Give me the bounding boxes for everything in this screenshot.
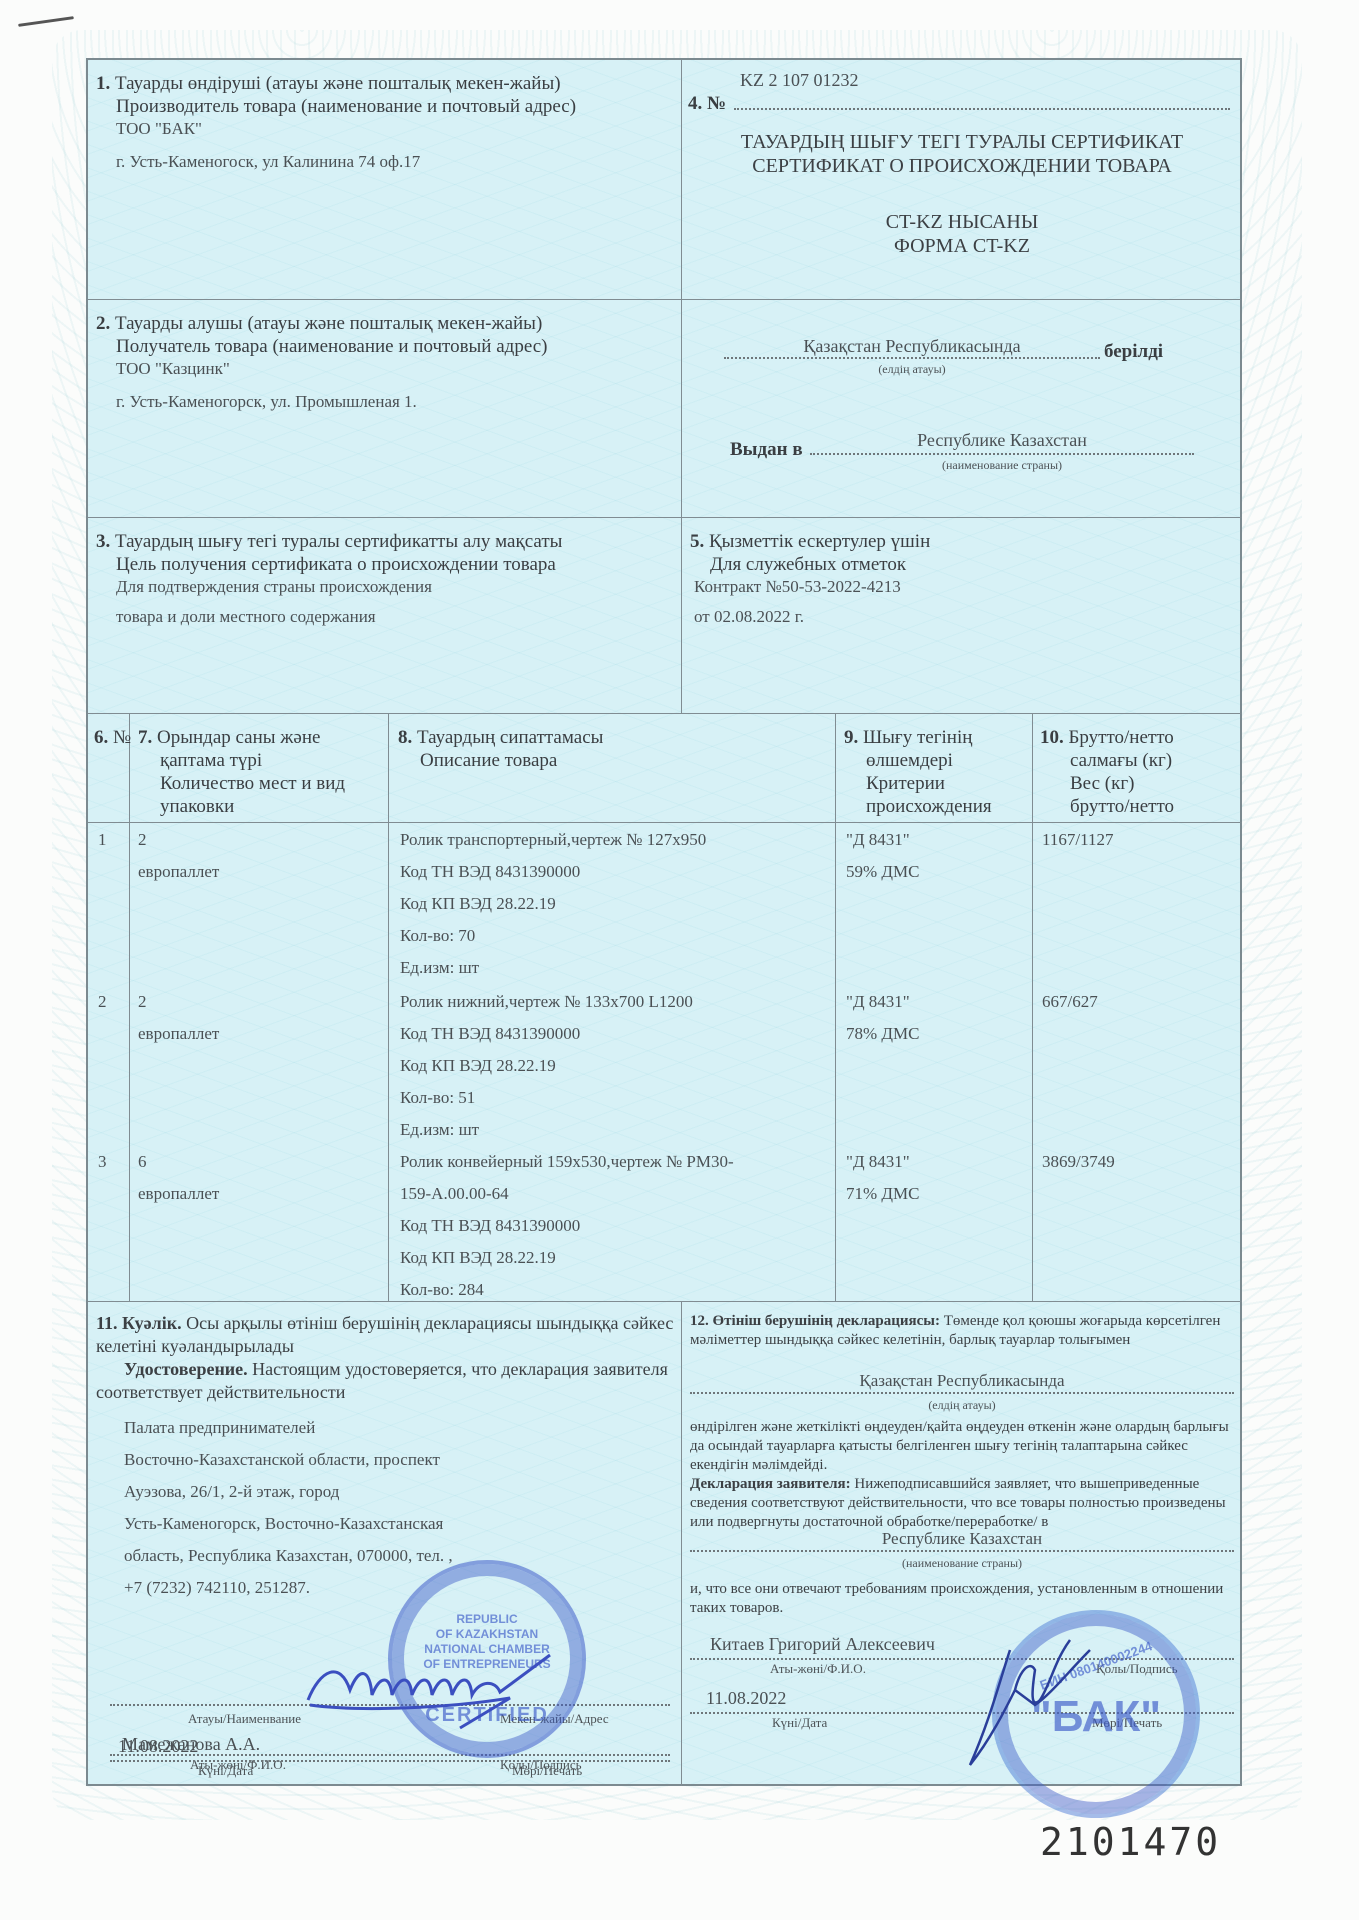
col-label: салмағы (кг) [1040, 750, 1172, 771]
col-number: 10. [1040, 727, 1064, 748]
applicant-date: 11.08.2022 [706, 1688, 786, 1709]
criteria-line: "Д 8431" [846, 1146, 1026, 1178]
caption-ru: (наименование страны) [682, 1556, 1242, 1570]
label-ru: Получатель товара (наименование и почтов… [96, 336, 548, 357]
col-label: өлшемдері [844, 750, 953, 771]
packaging-type: европаллет [138, 1178, 378, 1210]
title-kz: Өтініш берушінің декларациясы: [713, 1313, 940, 1329]
dotted-line [810, 453, 1194, 455]
issued-country-ru: Республике Казахстан [810, 430, 1194, 451]
col-label: Шығу тегінің [863, 727, 972, 748]
chamber-date: 11.08.2022 [118, 1736, 198, 1757]
col-label: происхождения [844, 796, 992, 817]
title-ru: Удостоверение. [96, 1359, 248, 1379]
caption-kz: (елдің атауы) [682, 1398, 1242, 1412]
applicant-signer-name: Китаев Григорий Алексеевич [710, 1634, 935, 1655]
box-4-certificate: KZ 2 107 01232 4. № ТАУАРДЫҢ ШЫҒУ ТЕГІ Т… [682, 60, 1242, 300]
contract-number: Контракт №50-53-2022-4213 [694, 576, 901, 597]
label-ru: Производитель товара (наименование и поч… [96, 96, 576, 117]
declaration-body: өндірілген және жеткілікті өңдеуден/қайт… [690, 1418, 1234, 1532]
box-2-consignee: 2. Тауарды алушы (атауы және пошталық ме… [88, 300, 682, 518]
row-criteria: "Д 8431"71% ДМС [846, 1146, 1026, 1210]
header-col-7: 7. Орындар саны және қаптама түрі Количе… [138, 726, 386, 818]
producer-address: г. Усть-Каменогоск, ул Калинина 74 оф.17 [116, 151, 420, 172]
row-criteria: "Д 8431"78% ДМС [846, 986, 1026, 1050]
row-weight: 3869/3749 [1042, 1146, 1232, 1178]
packaging-type: европаллет [138, 856, 378, 888]
caption-date: Күні/Дата [772, 1716, 827, 1730]
certificate-number: KZ 2 107 01232 [740, 70, 859, 91]
criteria-line: "Д 8431" [846, 986, 1026, 1018]
box-number: 11. [96, 1313, 118, 1333]
box-number: 5. [690, 531, 704, 552]
header-col-8: 8. Тауардың сипаттамасы Описание товара [398, 726, 603, 772]
consignee-company: ТОО "Казцинк" [116, 358, 230, 379]
number-dotted-line [734, 108, 1230, 110]
header-col-6: 6. № [94, 726, 131, 749]
certificate-title: ТАУАРДЫҢ ШЫҒУ ТЕГІ ТУРАЛЫ СЕРТИФИКАТ СЕР… [682, 130, 1242, 178]
issued-country-kz: Қазақстан Республикасында [724, 336, 1100, 357]
caption-date: Күні/Дата [198, 1764, 253, 1778]
pen-mark [18, 16, 74, 27]
form-ru: ФОРМА CT-KZ [682, 234, 1242, 258]
form-name: CT-KZ НЫСАНЫ ФОРМА CT-KZ [682, 210, 1242, 258]
row-description: Ролик нижний,чертеж № 133х700 L1200Код Т… [400, 986, 830, 1146]
description-line: Ролик нижний,чертеж № 133х700 L1200 [400, 986, 830, 1018]
caption-name: Атауы/Наименвание [188, 1712, 301, 1726]
description-line: Код КП ВЭД 28.22.19 [400, 888, 830, 920]
description-line: Код ТН ВЭД 8431390000 [400, 1210, 830, 1242]
box-5-official-notes: 5. Қызметтік ескертулер үшін Для служебн… [682, 518, 1242, 714]
row-places: 6европаллет [138, 1146, 378, 1210]
description-line: Код ТН ВЭД 8431390000 [400, 1018, 830, 1050]
description-line: Ед.изм: шт [400, 1114, 830, 1146]
row-weight: 1167/1127 [1042, 824, 1232, 856]
col-number: 7. [138, 727, 152, 748]
col-divider [129, 714, 130, 1302]
box-2-label: 2. Тауарды алушы (атауы және пошталық ме… [96, 312, 676, 358]
description-line: Ролик транспортерный,чертеж № 127х950 [400, 824, 830, 856]
stamp-line: REPUBLIC [392, 1612, 582, 1627]
form-kz: CT-KZ НЫСАНЫ [682, 210, 1242, 234]
row-places: 2европаллет [138, 824, 378, 888]
description-line: Код КП ВЭД 28.22.19 [400, 1050, 830, 1082]
applicant-signature [960, 1630, 1100, 1770]
dotted-line [724, 357, 1100, 359]
declaration-country-kz: Қазақстан Республикасында [682, 1370, 1242, 1391]
row-weight: 667/627 [1042, 986, 1232, 1018]
address-line: Восточно-Казахстанской области, проспект [124, 1444, 453, 1476]
places-count: 6 [138, 1146, 378, 1178]
row-description: Ролик транспортерный,чертеж № 127х950Код… [400, 824, 830, 984]
col-label: Критерии [844, 773, 945, 794]
row-number: 2 [98, 986, 128, 1018]
packaging-type: европаллет [138, 1018, 378, 1050]
description-line: Код ТН ВЭД 8431390000 [400, 856, 830, 888]
header-divider [88, 822, 1242, 823]
col-label: Количество мест и вид [138, 773, 345, 794]
declaration-country-ru: Республике Казахстан [682, 1528, 1242, 1549]
purpose-line-1: Для подтверждения страны происхождения [116, 576, 432, 597]
purpose-line-2: товара и доли местного содержания [116, 606, 376, 627]
issued-prefix-ru: Выдан в [730, 438, 803, 461]
box-number: 1. [96, 73, 110, 94]
row-criteria: "Д 8431"59% ДМС [846, 824, 1026, 888]
box-1-producer: 1. Тауарды өндіруші (атауы және пошталық… [88, 60, 682, 300]
box-5-label: 5. Қызметтік ескертулер үшін Для служебн… [690, 530, 930, 576]
label-kz: Тауарды алушы (атауы және пошталық мекен… [115, 313, 542, 334]
col-label: Орындар саны және [157, 727, 320, 748]
title-ru: Декларация заявителя: [690, 1476, 851, 1492]
address-line: Палата предпринимателей [124, 1412, 453, 1444]
row-number: 3 [98, 1146, 128, 1178]
col-label: упаковки [138, 796, 234, 817]
places-count: 2 [138, 986, 378, 1018]
goods-table: 6. № 7. Орындар саны және қаптама түрі К… [88, 714, 1242, 1302]
description-line: Кол-во: 51 [400, 1082, 830, 1114]
caption-ru: (наименование страны) [810, 458, 1194, 472]
description-line: Ролик конвейерный 159х530,чертеж № РМ30- [400, 1146, 830, 1178]
places-count: 2 [138, 824, 378, 856]
col-divider [1032, 714, 1033, 1302]
col-divider [388, 714, 389, 1302]
col-number: 9. [844, 727, 858, 748]
col-label: № [113, 727, 131, 748]
col-number: 6. [94, 727, 108, 748]
header-col-10: 10. Брутто/нетто салмағы (кг) Вес (кг) б… [1040, 726, 1174, 818]
issued-suffix-kz: берілді [1104, 340, 1163, 363]
criteria-line: 78% ДМС [846, 1018, 1026, 1050]
caption-kz: (елдің атауы) [724, 362, 1100, 376]
contract-date: от 02.08.2022 г. [694, 606, 804, 627]
box-3-purpose: 3. Тауардың шығу тегі туралы сертификатт… [88, 518, 682, 714]
box-11-text: 11. Куәлік. Осы арқылы өтініш берушінің … [96, 1312, 676, 1404]
address-line: Ауэзова, 26/1, 2-й этаж, город [124, 1476, 453, 1508]
title-ru: СЕРТИФИКАТ О ПРОИСХОЖДЕНИИ ТОВАРА [682, 154, 1242, 178]
description-line: Кол-во: 70 [400, 920, 830, 952]
box-1-label: 1. Тауарды өндіруші (атауы және пошталық… [96, 72, 676, 118]
header-col-9: 9. Шығу тегінің өлшемдері Критерии проис… [844, 726, 992, 818]
text-ru-2: и, что все они отвечают требованиям прои… [690, 1580, 1234, 1618]
declaration-kz: 12. Өтініш берушінің декларациясы: Төмен… [690, 1312, 1234, 1350]
row-description: Ролик конвейерный 159х530,чертеж № РМ30-… [400, 1146, 830, 1306]
producer-company: ТОО "БАК" [116, 118, 202, 139]
col-divider [835, 714, 836, 1302]
stamp-line: OF KAZAKHSTAN [392, 1627, 582, 1642]
dotted-line [110, 1760, 670, 1762]
chamber-signature [300, 1650, 560, 1730]
dotted-line [690, 1392, 1234, 1394]
chamber-address: Палата предпринимателей Восточно-Казахст… [124, 1412, 453, 1604]
col-label: брутто/нетто [1040, 796, 1174, 817]
certificate-form: 1. Тауарды өндіруші (атауы және пошталық… [86, 58, 1242, 1786]
serial-number: 2101470 [1040, 1820, 1221, 1864]
label-ru: Цель получения сертификата о происхожден… [96, 554, 556, 575]
label-kz: Тауардың шығу тегі туралы сертификатты а… [115, 531, 562, 552]
box-number: 2. [96, 313, 110, 334]
col-number: 8. [398, 727, 412, 748]
box-3-label: 3. Тауардың шығу тегі туралы сертификатт… [96, 530, 676, 576]
criteria-line: "Д 8431" [846, 824, 1026, 856]
row-number: 1 [98, 824, 128, 856]
label-kz: Тауарды өндіруші (атауы және пошталық ме… [115, 73, 561, 94]
box-number: 12. [690, 1313, 709, 1329]
description-line: 159-А.00.00-64 [400, 1178, 830, 1210]
caption-seal: Мөрі/Печать [512, 1764, 582, 1778]
criteria-line: 59% ДМС [846, 856, 1026, 888]
dotted-line [690, 1550, 1234, 1552]
address-line: Усть-Каменогорск, Восточно-Казахстанская [124, 1508, 453, 1540]
row-places: 2европаллет [138, 986, 378, 1050]
text-kz: Осы арқылы өтініш берушінің декларациясы… [96, 1313, 673, 1356]
text-kz-2: өндірілген және жеткілікті өңдеуден/қайт… [690, 1419, 1229, 1473]
col-label: Тауардың сипаттамасы [417, 727, 603, 748]
description-line: Код КП ВЭД 28.22.19 [400, 1242, 830, 1274]
title-kz: Куәлік. [122, 1313, 182, 1333]
description-line: Ед.изм: шт [400, 952, 830, 984]
col-label: Брутто/нетто [1069, 727, 1174, 748]
address-line: +7 (7232) 742110, 251287. [124, 1572, 453, 1604]
label-ru: Для служебных отметок [690, 554, 906, 575]
col-label: қаптама түрі [138, 750, 262, 771]
col-label: Вес (кг) [1040, 773, 1134, 794]
caption-fio: Аты-жөні/Ф.И.О. [770, 1662, 866, 1676]
criteria-line: 71% ДМС [846, 1178, 1026, 1210]
box-4-label: 4. № [688, 92, 726, 115]
consignee-address: г. Усть-Каменогорск, ул. Промышленая 1. [116, 391, 417, 412]
title-kz: ТАУАРДЫҢ ШЫҒУ ТЕГІ ТУРАЛЫ СЕРТИФИКАТ [682, 130, 1242, 154]
issued-in-section: Қазақстан Республикасында берілді (елдің… [682, 300, 1242, 518]
col-label: Описание товара [398, 750, 557, 771]
address-line: область, Республика Казахстан, 070000, т… [124, 1540, 453, 1572]
box-number: 3. [96, 531, 110, 552]
label-kz: Қызметтік ескертулер үшін [709, 531, 930, 552]
